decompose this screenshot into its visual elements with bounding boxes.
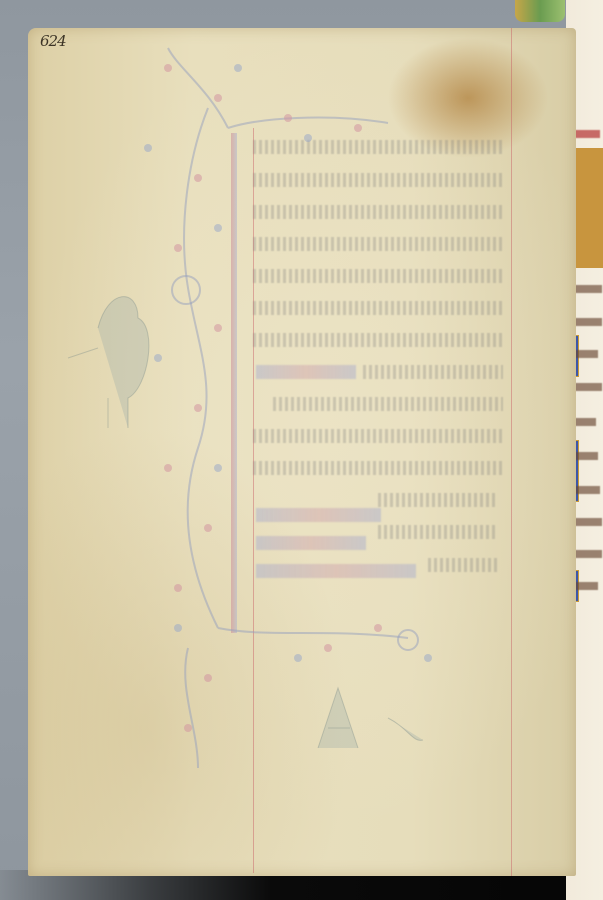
rubric-line <box>572 130 600 138</box>
marginal-foliage <box>28 28 576 876</box>
text-line <box>572 518 602 526</box>
manuscript-leaf: 624 <box>28 28 576 876</box>
text-line <box>572 285 602 293</box>
text-line <box>572 318 602 326</box>
text-line <box>572 486 600 494</box>
text-line <box>572 383 602 391</box>
text-line <box>572 550 602 558</box>
bookmark-ribbon <box>515 0 565 22</box>
